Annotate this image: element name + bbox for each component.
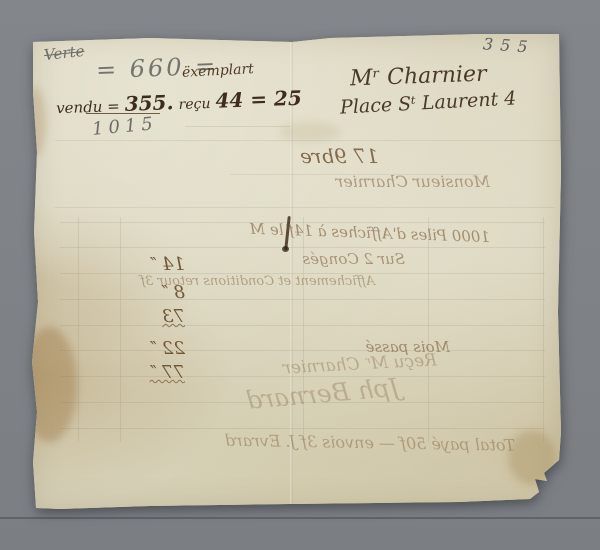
vendu-value: 355. [124,90,174,116]
bleedthrough-date: 17 9bre [300,144,379,168]
vendu-label: vendu = [56,97,120,117]
bleedthrough-amount: 22 ″ [90,338,185,359]
bleedthrough-amount: 14 ″ [90,254,185,275]
bleedthrough-table-line1: 1000 Piles d'Affiches à 14f le M [140,216,490,246]
pencil-line [185,126,290,127]
bleedthrough-total-line: Total payé 50f — envois 3f J. Evrard [90,428,515,454]
table-rule [543,217,544,442]
bleedthrough-addressee: Monsieur Charnier [240,172,490,191]
paper-stain [280,122,340,142]
paper-stain [22,327,77,442]
recu-value: 44 = 25 [215,86,302,113]
pencil-note-verte: Verte [43,42,85,64]
table-rule [60,247,545,248]
ink-calculation-line: vendu = 355. reçu 44 = 25 [56,86,303,119]
bleedthrough-amount: 8 ″ [90,282,185,303]
recipient-address: Place Sᵗ Laurent 4 [340,87,517,118]
scanned-document-photo: { "annotations": { "verte": "Verte", "su… [0,0,600,550]
paper-stain [508,430,556,485]
pencil-total: 1015 [91,113,158,140]
table-rule [120,217,121,442]
folio-number: 355 [482,34,535,57]
ruled-line [55,207,555,208]
receipt-paper: Verte = 660 = ëxemplart vendu = 355. reç… [30,32,562,510]
paper-wrapper: Verte = 660 = ëxemplart vendu = 355. reç… [30,32,562,510]
recipient-name: Mʳ Charnier [350,62,487,92]
bleedthrough-amount: 73 [90,306,185,327]
backing-board-seam [0,517,600,519]
recu-label: reçu [178,96,210,113]
paper-stain [24,87,46,157]
table-rule [428,217,429,442]
table-rule [78,217,79,442]
ink-sum-word: ëxemplart [182,61,255,81]
bleedthrough-amount: 77 ″ [90,362,185,383]
bleedthrough-table-line2: Sur 2 Congés [255,250,405,268]
